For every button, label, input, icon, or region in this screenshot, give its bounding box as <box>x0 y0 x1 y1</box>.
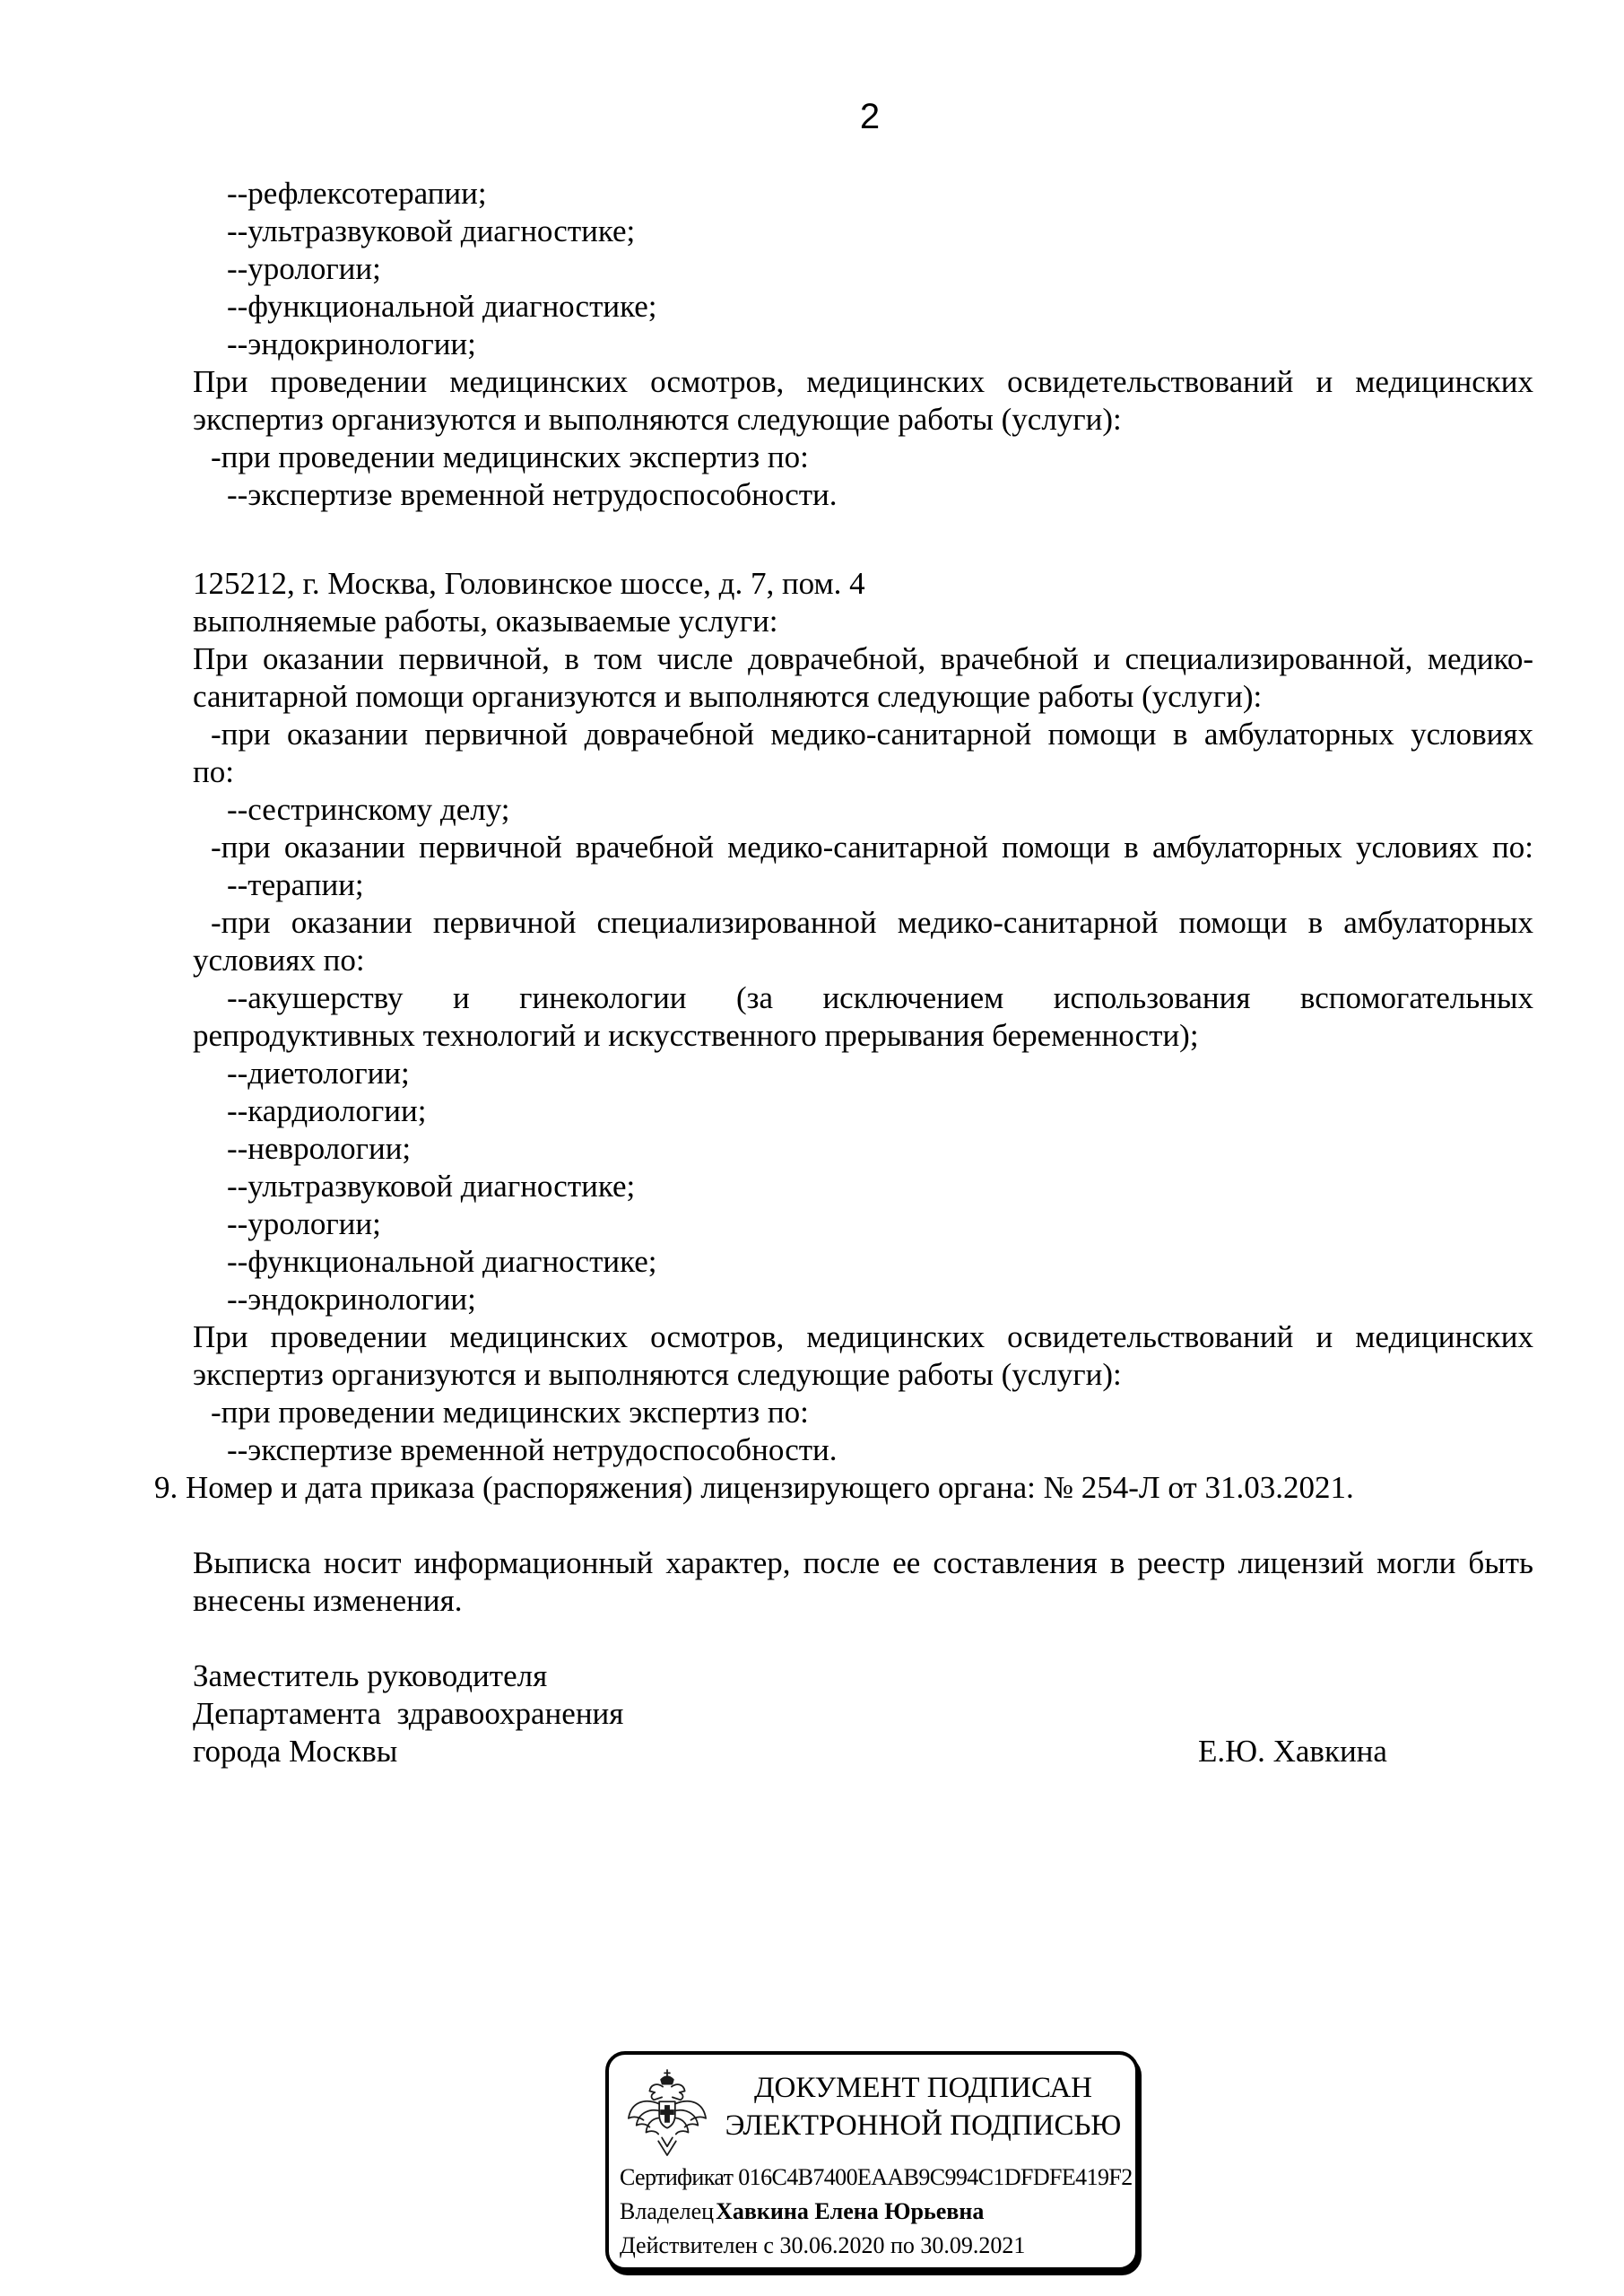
text-line: --функциональной диагностике; <box>193 1243 1533 1281</box>
text-line: При проведении медицинских осмотров, мед… <box>193 363 1533 401</box>
text-line: 9. Номер и дата приказа (распоряжения) л… <box>193 1469 1533 1507</box>
text-line: -при оказании первичной врачебной медико… <box>193 829 1533 866</box>
text-line: репродуктивных технологий и искусственно… <box>193 1017 1533 1055</box>
text-line: --сестринскому делу; <box>193 791 1533 829</box>
text-line: --ультразвуковой диагностике; <box>193 1168 1533 1205</box>
text-line: --урологии; <box>193 250 1533 288</box>
stamp-title-line1: ДОКУМЕНТ ПОДПИСАН <box>718 2069 1128 2107</box>
text-line: --ультразвуковой диагностике; <box>193 213 1533 250</box>
text-line: --рефлексотерапии; <box>193 175 1533 213</box>
text-line: внесены изменения. <box>193 1582 1533 1620</box>
text-line: Выписка носит информационный характер, п… <box>193 1544 1533 1582</box>
text-line: -при оказании первичной специализированн… <box>193 904 1533 942</box>
signatory-name: Е.Ю. Хавкина <box>1198 1733 1387 1770</box>
text-line: --эндокринологии; <box>193 1281 1533 1318</box>
text-line: санитарной помощи организуются и выполня… <box>193 678 1533 716</box>
text-line: города МосквыЕ.Ю. Хавкина <box>193 1733 1533 1770</box>
stamp-owner-line: ВладелецХавкина Елена Юрьевна <box>620 2198 1135 2225</box>
certificate-label: Сертификат <box>620 2164 733 2190</box>
owner-value: Хавкина Елена Юрьевна <box>716 2198 984 2224</box>
text-line: выполняемые работы, оказываемые услуги: <box>193 603 1533 640</box>
text-line: --эндокринологии; <box>193 326 1533 363</box>
text-line: --экспертизе временной нетрудоспособност… <box>193 476 1533 514</box>
text-line: --терапии; <box>193 866 1533 904</box>
stamp-title-line2: ЭЛЕКТРОННОЙ ПОДПИСЬЮ <box>718 2107 1128 2144</box>
eagle-emblem-icon <box>623 2069 711 2157</box>
text-line: 125212, г. Москва, Головинское шоссе, д.… <box>193 565 1533 603</box>
text-line: условиях по: <box>193 942 1533 979</box>
text-line: --диетологии; <box>193 1055 1533 1092</box>
stamp-certificate-line: Сертификат 016C4B7400EAAB9C994C1DFDFE419… <box>620 2164 1135 2191</box>
text-line: При проведении медицинских осмотров, мед… <box>193 1318 1533 1356</box>
signature-stamp: ДОКУМЕНТ ПОДПИСАН ЭЛЕКТРОННОЙ ПОДПИСЬЮ С… <box>605 2051 1139 2271</box>
text-line: --экспертизе временной нетрудоспособност… <box>193 1431 1533 1469</box>
page-number: 2 <box>848 97 891 136</box>
text-line: экспертиз организуются и выполняются сле… <box>193 401 1533 439</box>
text-line: -при оказании первичной доврачебной меди… <box>193 716 1533 753</box>
stamp-validity-line: Действителен с 30.06.2020 по 30.09.2021 <box>620 2232 1135 2259</box>
text-line: по: <box>193 753 1533 791</box>
text-line: --функциональной диагностике; <box>193 288 1533 326</box>
text-line: -при проведении медицинских экспертиз по… <box>193 1394 1533 1431</box>
text-line: -при проведении медицинских экспертиз по… <box>193 439 1533 476</box>
text-line: экспертиз организуются и выполняются сле… <box>193 1356 1533 1394</box>
text-line: --урологии; <box>193 1205 1533 1243</box>
text-line: Департамента здравоохранения <box>193 1695 1533 1733</box>
text-line: --кардиологии; <box>193 1092 1533 1130</box>
document-page: 2 --рефлексотерапии;--ультразвуковой диа… <box>0 0 1624 2296</box>
certificate-value: 016C4B7400EAAB9C994C1DFDFE419F2 <box>738 2164 1132 2190</box>
text-line: --неврологии; <box>193 1130 1533 1168</box>
document-text-block: --рефлексотерапии;--ультразвуковой диагн… <box>193 175 1533 1770</box>
text-line: Заместитель руководителя <box>193 1657 1533 1695</box>
text-line: --акушерству и гинекологии (за исключени… <box>193 979 1533 1017</box>
text-line: При оказании первичной, в том числе довр… <box>193 640 1533 678</box>
stamp-title: ДОКУМЕНТ ПОДПИСАН ЭЛЕКТРОННОЙ ПОДПИСЬЮ <box>718 2069 1128 2144</box>
owner-label: Владелец <box>620 2198 714 2224</box>
